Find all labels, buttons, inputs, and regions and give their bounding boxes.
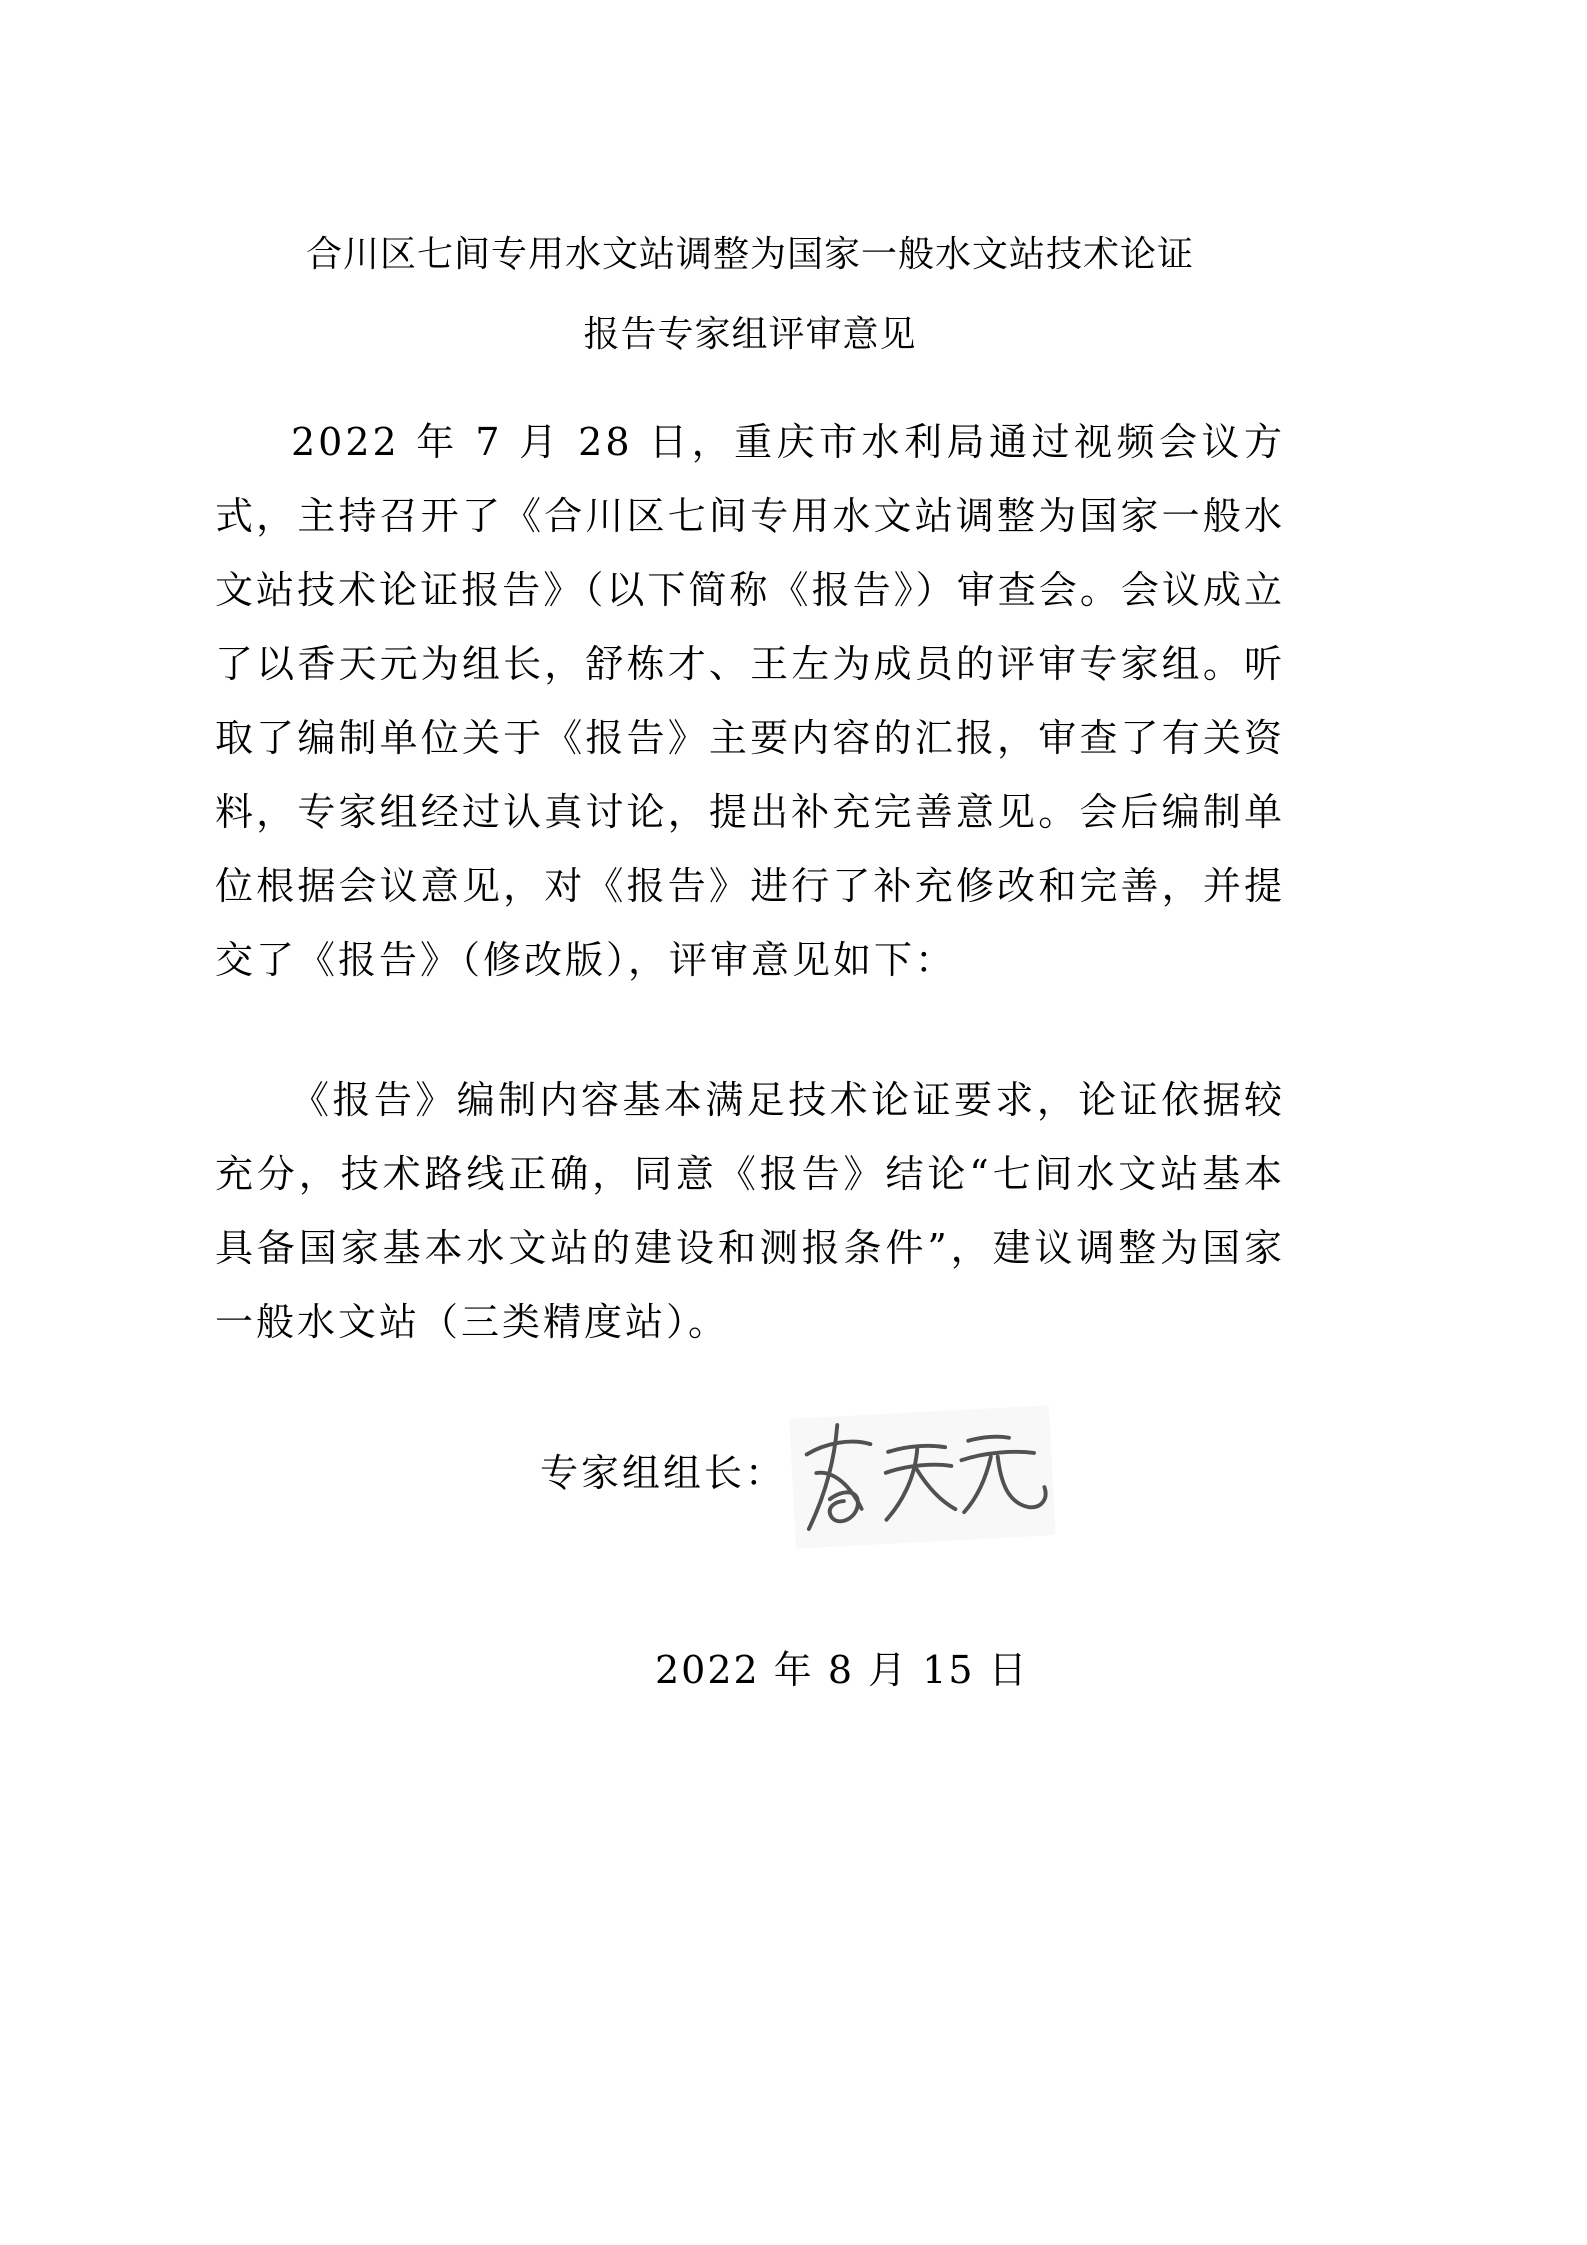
- document-content: 合川区七间专用水文站调整为国家一般水文站技术论证 报告专家组评审意见 2022 …: [215, 225, 1285, 1694]
- document-title-line2: 报告专家组评审意见: [215, 305, 1285, 365]
- handwritten-signature-xiangtianyuan: [789, 1405, 1055, 1548]
- signature-row: 专家组组长：: [215, 1404, 1285, 1534]
- paragraph-meeting-summary: 2022 年 7 月 28 日，重庆市水利局通过视频会议方式，主持召开了《合川区…: [215, 405, 1285, 997]
- document-title-line1: 合川区七间专用水文站调整为国家一般水文站技术论证: [215, 225, 1285, 285]
- document-date: 2022 年 8 月 15 日: [215, 1639, 1285, 1694]
- paragraph-review-opinion: 《报告》编制内容基本满足技术论证要求，论证依据较充分，技术路线正确，同意《报告》…: [215, 1063, 1285, 1359]
- document-page: 合川区七间专用水文站调整为国家一般水文站技术论证 报告专家组评审意见 2022 …: [0, 0, 1587, 2245]
- signature-label: 专家组组长：: [540, 1442, 786, 1497]
